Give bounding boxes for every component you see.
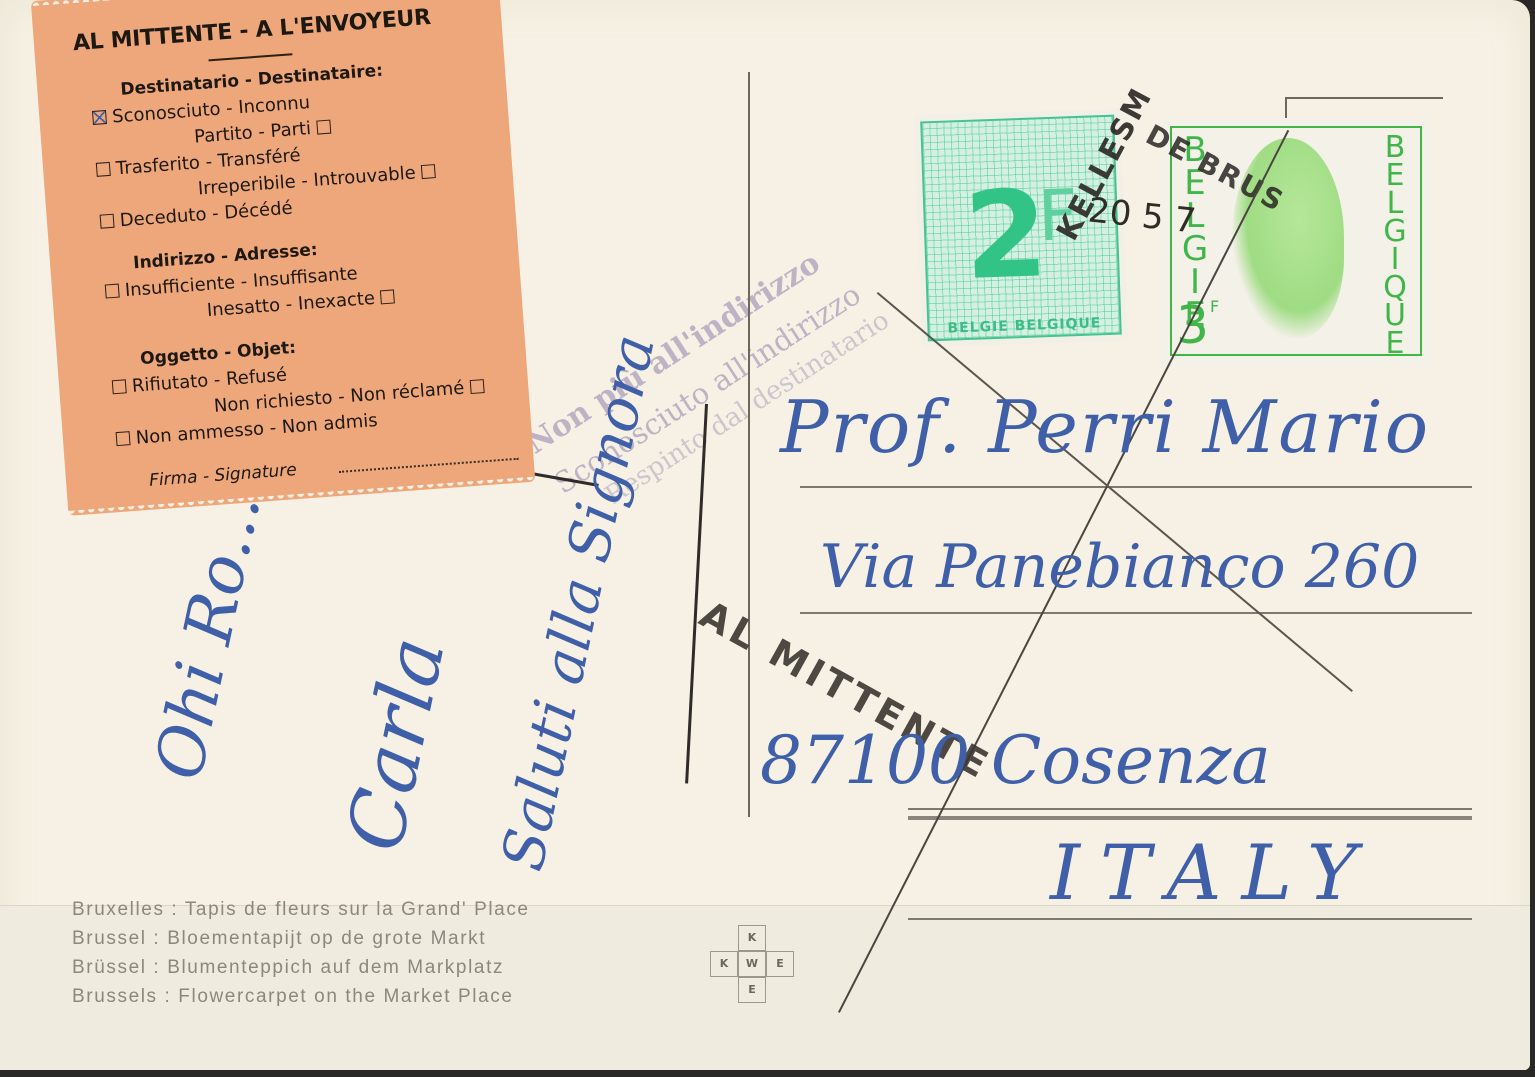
recipient-country: ITALY (1050, 828, 1377, 917)
option-text: Deceduto - Décédé (113, 198, 293, 232)
option-text: Non ammesso - Non admis (129, 410, 378, 449)
checkbox-icon[interactable] (469, 379, 484, 394)
logo-letter: E (766, 951, 794, 977)
message-line: Ohi Ro... (140, 486, 276, 786)
label-section-heading: Destinatario - Destinataire: (120, 61, 384, 100)
title-underline (209, 53, 293, 61)
checkbox-icon[interactable] (316, 120, 331, 135)
checkbox-icon[interactable] (100, 214, 115, 229)
checkbox-icon[interactable] (105, 284, 120, 299)
logo-letter: E (738, 977, 766, 1003)
label-option: Deceduto - Décédé (99, 198, 293, 233)
picture-caption: Bruxelles : Tapis de fleurs sur la Grand… (72, 895, 530, 1011)
caption-line: Brüssel : Blumenteppich auf dem Markplat… (72, 953, 530, 982)
logo-letter: W (738, 951, 766, 977)
recipient-street: Via Panebianco 260 (820, 532, 1419, 602)
label-option: Partito - Parti (193, 117, 331, 148)
option-text: Partito - Parti (193, 118, 317, 148)
recipient-name: Prof. Perri Mario (780, 385, 1430, 469)
caption-line: Brussels : Flowercarpet on the Market Pl… (72, 982, 530, 1011)
caption-line: Brussel : Bloementapijt op de grote Mark… (72, 924, 530, 953)
caption-line: Bruxelles : Tapis de fleurs sur la Grand… (72, 895, 530, 924)
label-sections: Destinatario - Destinataire: Sconosciuto… (34, 0, 495, 4)
recipient-city: 87100 Cosenza (760, 722, 1271, 799)
address-line (800, 486, 1472, 488)
stamp-unit: F (1210, 297, 1219, 316)
center-divider (748, 72, 750, 817)
checkbox-icon[interactable] (421, 164, 436, 179)
stamp-value: 3 (1176, 300, 1209, 352)
logo-letter: K (738, 925, 766, 951)
stamp-country-right: BELGIQUE (1378, 134, 1412, 358)
address-line (800, 612, 1472, 614)
return-label: Mod. 24-B AL MITTENTE - A L'ENVOYEUR Des… (34, 0, 532, 513)
logo-letter: K (710, 951, 738, 977)
checkbox-icon[interactable] (116, 431, 131, 446)
label-title: AL MITTENTE - A L'ENVOYEUR (72, 5, 432, 56)
address-line (908, 918, 1472, 920)
label-option: Non ammesso - Non admis (115, 410, 378, 450)
signature-label: Firma - Signature (149, 460, 298, 491)
checkbox-icon[interactable] (96, 162, 111, 177)
postcard: Non più all'indirizzo Sconosciuto all'in… (0, 0, 1530, 1070)
checked-box-icon[interactable] (92, 110, 107, 125)
checkbox-icon[interactable] (112, 379, 127, 394)
address-line (908, 808, 1472, 810)
message-signature: Carla (330, 630, 463, 859)
checkbox-icon[interactable] (380, 289, 395, 304)
publisher-logo: K K W E E (710, 925, 794, 1003)
address-line (908, 816, 1472, 820)
signature-dotted-line (339, 458, 519, 473)
